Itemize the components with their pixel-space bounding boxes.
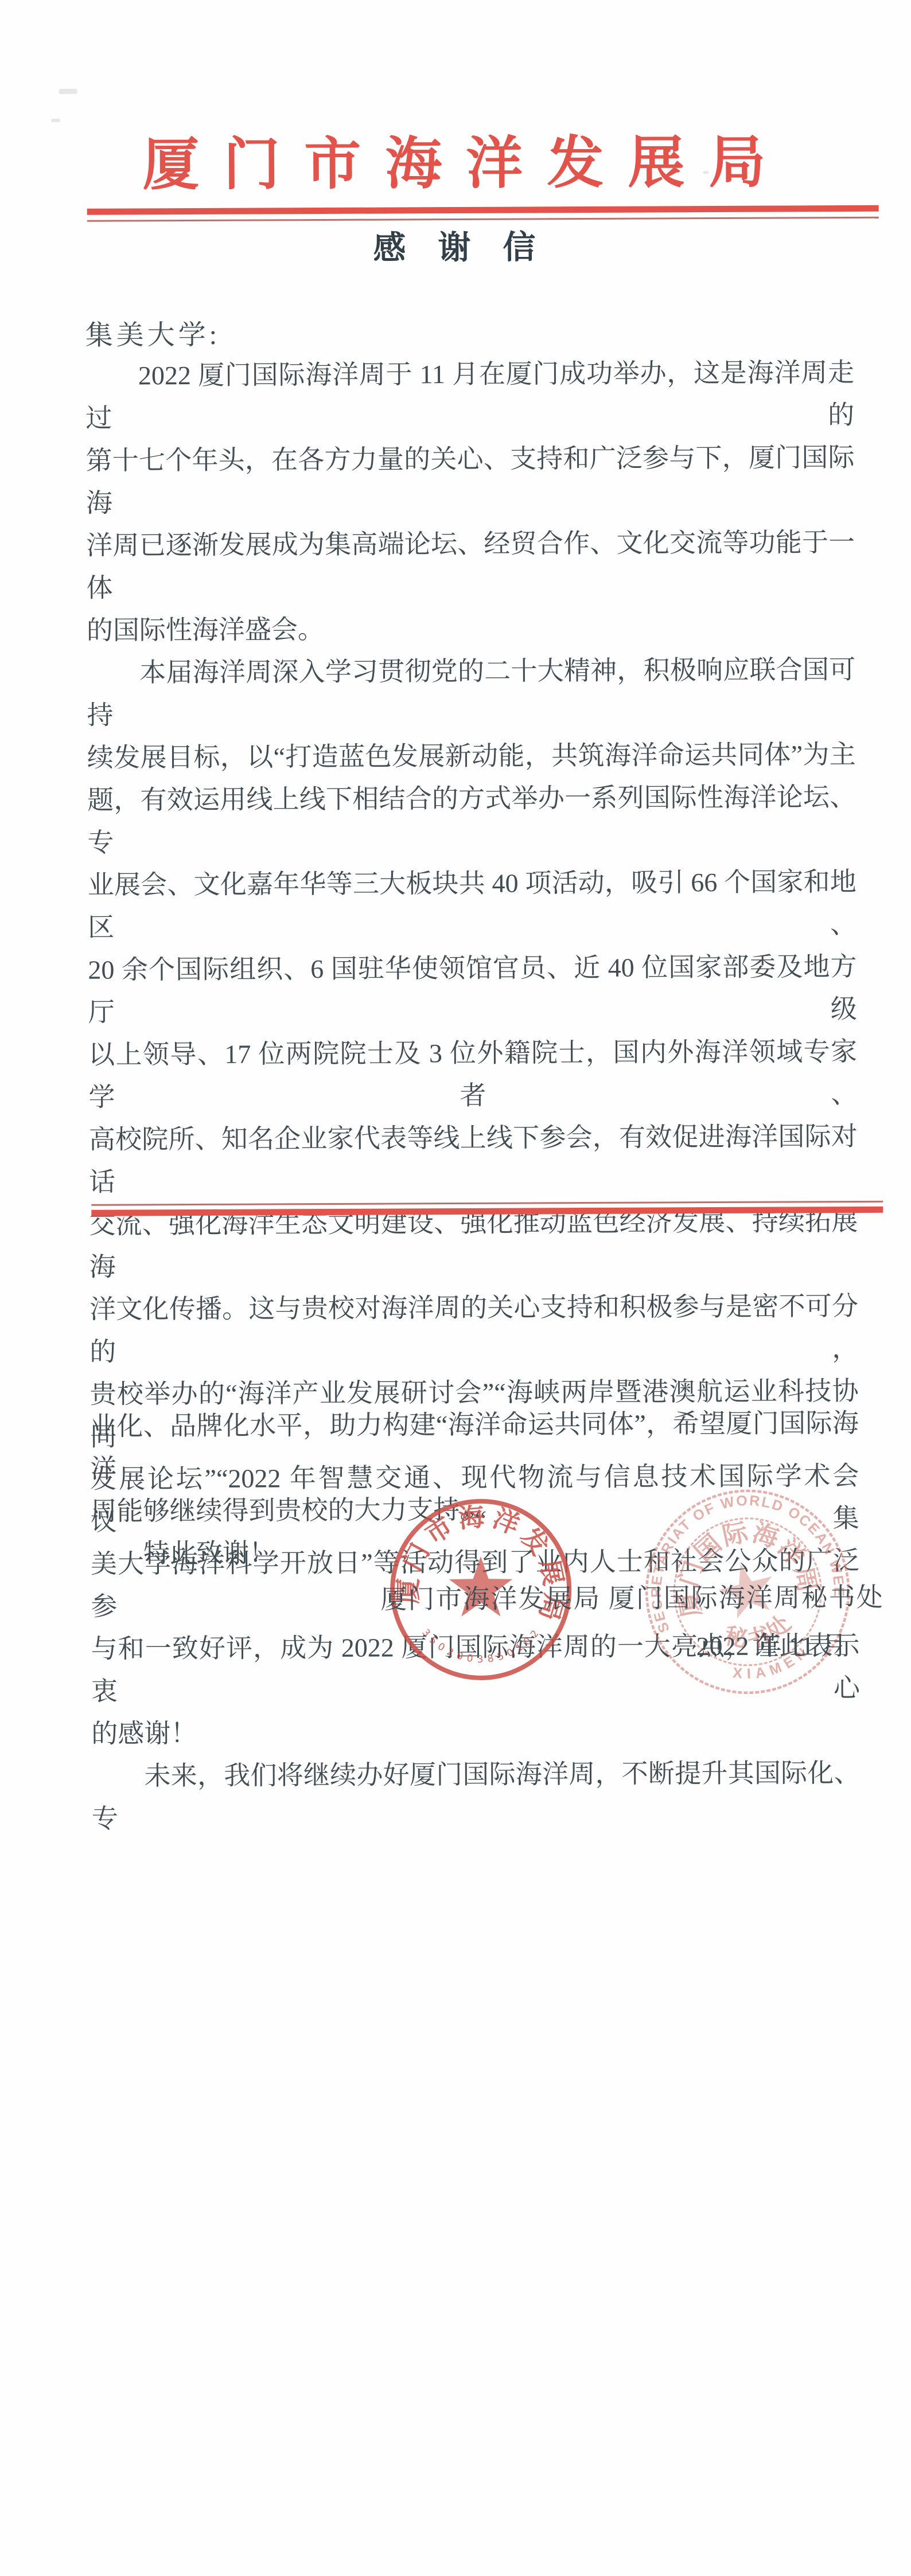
- letterhead-rule-thick: [87, 205, 879, 215]
- body-line: 业展会、文化嘉年华等三大板块共 40 项活动，吸引 66 个国家和地区、: [88, 861, 857, 949]
- scanned-letter-page: 厦门市海洋发展局 感谢信 集美大学: 2022 厦门国际海洋周于 11 月在厦门…: [0, 0, 911, 2576]
- svg-text:3502003850102: 3502003850102: [419, 1625, 544, 1666]
- signature: 厦门市海洋发展局 厦门国际海洋周秘书处: [380, 1576, 884, 1617]
- body-line: 20 余个国际组织、6 国驻华使领馆官员、近 40 位国家部委及地方厅级: [88, 946, 857, 1034]
- letterhead-organization: 厦门市海洋发展局: [0, 116, 910, 202]
- salutation: 集美大学:: [85, 313, 220, 353]
- body-line: 高校院所、知名企业家代表等线上线下参会，有效促进海洋国际对话: [89, 1115, 858, 1204]
- body-line: 第十七个年头，在各方力量的关心、支持和广泛参与下，厦门国际海: [85, 436, 855, 525]
- body-line: 本届海洋周深入学习贯彻党的二十大精神，积极响应联合国可持: [87, 649, 856, 737]
- scan-artifact: [59, 89, 77, 94]
- body-line: 续发展目标，以“打造蓝色发展新动能，共筑海洋命运共同体”为主: [87, 733, 856, 779]
- body-line: 洋文化传播。这与贵校对海洋周的关心支持和积极参与是密不可分的，: [89, 1285, 859, 1373]
- body-line: 的国际性海洋盛会。: [87, 606, 855, 652]
- body-line: 2022 厦门国际海洋周于 11 月在厦门成功举办，这是海洋周走过的: [85, 352, 855, 440]
- body-line: 的感谢！: [91, 1709, 860, 1755]
- date: 2022 年 11 月: [696, 1625, 847, 1663]
- letter-title: 感谢信: [0, 220, 910, 271]
- body-line: 题，有效运用线上线下相结合的方式举办一系列国际性海洋论坛、专: [87, 776, 857, 864]
- body-line: 未来，我们将继续办好厦门国际海洋周，不断提升其国际化、专: [91, 1752, 861, 1840]
- left-seal-code: 3502003850102: [419, 1625, 544, 1666]
- body-line: 以上领导、17 位两院院士及 3 位外籍院士，国内外海洋领域专家学者、: [88, 1031, 858, 1119]
- body-line: 洋周已逐渐发展成为集高端论坛、经贸合作、文化交流等功能于一体: [86, 521, 855, 610]
